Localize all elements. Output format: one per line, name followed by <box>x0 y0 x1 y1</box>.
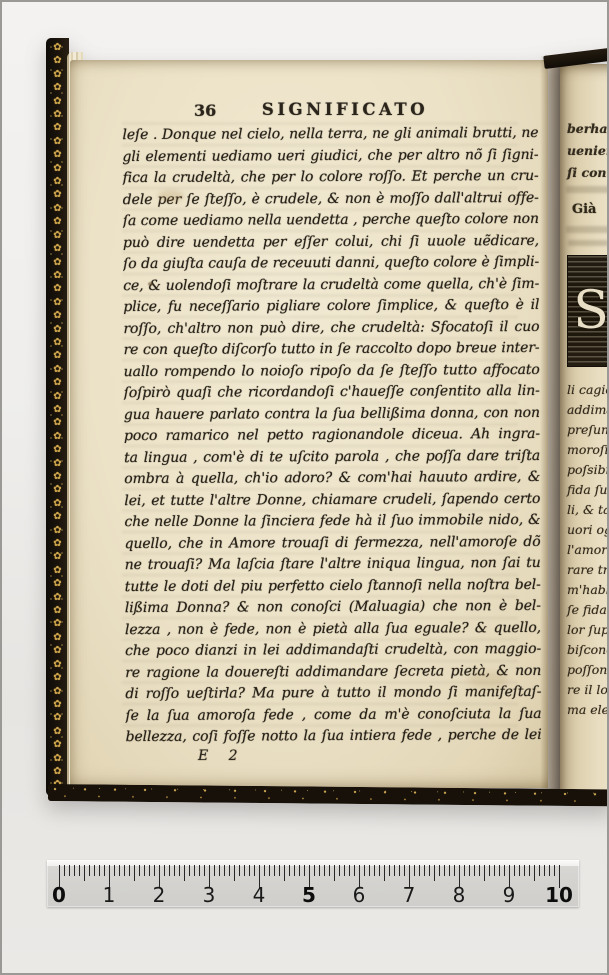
ruler-tick <box>194 865 195 876</box>
woodcut-initial-letter: S <box>573 285 609 337</box>
photo-background: ✿✿✿✿✿✿✿✿✿✿✿✿✿✿✿✿✿✿✿✿✿✿✿✿✿✿✿✿✿✿✿✿✿✿✿✿✿✿✿✿… <box>0 0 609 975</box>
ruler-tick <box>199 865 200 876</box>
ruler-tick <box>299 865 300 876</box>
text-line: re con queſto diſcorſo tutto in ſe racco… <box>123 338 539 362</box>
ruler-tick <box>294 865 295 876</box>
ruler-tick <box>539 865 540 876</box>
text-fragment: m'habbiam <box>567 580 609 600</box>
gilt-ornament-icon: ✿ <box>53 323 61 336</box>
gilt-ornament-icon: ✿ <box>53 363 61 376</box>
ruler-tick <box>119 865 120 876</box>
ruler-tick <box>319 865 320 876</box>
show-through-smudge <box>566 186 609 193</box>
gilt-ornament-icon: ✿ <box>53 685 61 698</box>
ruler-tick <box>429 865 430 876</box>
ruler-tick <box>394 865 395 876</box>
ruler-tick <box>384 865 385 881</box>
text-fragment: poſsibile, c <box>567 460 609 480</box>
text-line: bellezza, coſi foſſe notto la ſua intier… <box>126 725 542 749</box>
text-line: ta lingua , com'è di te uſcito parola , … <box>124 445 540 469</box>
ruler-tick <box>174 865 175 876</box>
ruler-tick <box>114 865 115 876</box>
ruler-tick <box>274 865 275 876</box>
ruler-tick <box>329 865 330 876</box>
gilt-ornament-icon: ✿ <box>53 282 61 295</box>
ruler-tick <box>469 865 470 876</box>
ruler-tick <box>239 865 240 876</box>
ruler-tick <box>139 865 140 876</box>
ruler-number-label: 7 <box>387 883 431 907</box>
gilt-ornament-icon: ✿ <box>53 148 61 161</box>
ruler-number-label: 3 <box>187 883 231 907</box>
ruler-tick <box>324 865 325 876</box>
ruler-tick <box>144 865 145 876</box>
text-line: lei, et tutte l'altre Donne, chiamare cr… <box>124 488 540 512</box>
ruler-tick <box>104 865 105 876</box>
gilt-ornament-icon: ✿ <box>53 242 61 255</box>
text-fragment: lor ſuperbi <box>567 620 609 640</box>
ruler-number-label: 5 <box>287 883 331 907</box>
ruler-tick <box>519 865 520 876</box>
gilt-ornament-icon: ✿ <box>53 215 61 228</box>
ruler-tick <box>529 865 530 876</box>
text-fragment: addimãdia <box>567 400 609 420</box>
show-through-smudge <box>568 240 608 246</box>
right-page-top-fragments: berhato &uenienti, edſi conuiene <box>567 118 609 184</box>
ruler-tick <box>389 865 390 876</box>
gilt-ornament-icon: ✿ <box>53 81 61 94</box>
ruler-tick <box>484 865 485 881</box>
gilt-ornament-icon: ✿ <box>53 550 61 563</box>
gilt-ornament-icon: ✿ <box>53 698 61 711</box>
ruler-tick <box>454 865 455 876</box>
text-line: di roſſo ueſtirla? Ma pure à tutto il mo… <box>125 682 541 706</box>
text-fragment: poſſono l'a <box>567 660 609 680</box>
left-page: 36 SIGNIFICATO leſe . Donque nel cielo, … <box>70 60 548 788</box>
gilt-ornament-icon: ✿ <box>53 269 61 282</box>
ruler-number-label: 0 <box>37 883 81 907</box>
ruler-numbers: 012345678910 <box>59 883 564 905</box>
keyword-fragment: Già <box>572 202 596 217</box>
gilt-ornament-icon: ✿ <box>53 202 61 215</box>
ruler-tick <box>69 865 70 876</box>
gilt-ornament-icon: ✿ <box>53 644 61 657</box>
gilt-ornament-icon: ✿ <box>53 41 61 54</box>
ruler-number-label: 8 <box>437 883 481 907</box>
ruler-tick <box>224 865 225 876</box>
text-line: gua hauere parlato contra la ſua bellißi… <box>124 402 540 426</box>
ruler-tick <box>404 865 405 876</box>
gilt-ornament-icon: ✿ <box>53 390 61 403</box>
gilt-ornament-icon: ✿ <box>53 68 61 81</box>
ruler-tick <box>254 865 255 876</box>
ruler-number-label: 6 <box>337 883 381 907</box>
text-line: lißima Donna? & non conoſci (Maluagia) c… <box>125 596 541 620</box>
text-line: re ragione la douereſti addimandare ſecr… <box>125 660 541 684</box>
text-line: quello, che in Amore trouaſi di fermezza… <box>125 531 541 555</box>
text-line: ſa come uediamo nella uendetta , perche … <box>123 209 539 233</box>
text-fragment: ſe fidandoſi <box>567 600 609 620</box>
ruler-tick <box>354 865 355 876</box>
ruler-tick <box>534 865 535 881</box>
gilt-ornament-icon: ✿ <box>53 671 61 684</box>
text-fragment: rare tra ui <box>567 560 609 580</box>
gilt-ornament-icon: ✿ <box>53 752 61 765</box>
ruler-tick <box>134 865 135 881</box>
text-fragment: ma eleuati <box>567 700 609 720</box>
ruler-tick <box>74 865 75 876</box>
text-line: ne trouaſi? Ma laſcia ſtare l'altre iniq… <box>125 553 541 577</box>
gilt-ornament-icon: ✿ <box>53 510 61 523</box>
ruler-number-label: 9 <box>487 883 531 907</box>
gilt-ornament-icon: ✿ <box>53 162 61 175</box>
ruler-tick <box>244 865 245 876</box>
text-line: fica la crudeltà, che per lo colore roſſ… <box>123 166 539 190</box>
ruler-number-label: 2 <box>137 883 181 907</box>
ruler-tick <box>524 865 525 876</box>
text-fragment: preſume , <box>567 420 609 440</box>
ruler-tick <box>444 865 445 876</box>
ruler-tick <box>434 865 435 881</box>
ruler-tick <box>149 865 150 876</box>
gilt-ornament-icon: ✿ <box>53 256 61 269</box>
ruler-tick <box>544 865 545 876</box>
ruler-tick <box>129 865 130 876</box>
ruler-tick <box>514 865 515 876</box>
ruler-number-label: 10 <box>537 883 581 907</box>
ruler-tick <box>89 865 90 876</box>
text-fragment: re il loro p <box>567 680 609 700</box>
folio-number: 36 <box>194 101 216 120</box>
text-fragment: uenienti, ed <box>567 140 609 162</box>
text-line: ce, & uolendoſi moſtrare la crudeltà com… <box>123 273 539 297</box>
ruler-tick <box>84 865 85 881</box>
ruler-tick <box>374 865 375 876</box>
ruler-tick <box>229 865 230 876</box>
ruler-tick <box>124 865 125 876</box>
gilt-ornament-icon: ✿ <box>53 135 61 148</box>
gilt-ornament-icon: ✿ <box>53 524 61 537</box>
gilt-ornament-icon: ✿ <box>53 54 61 67</box>
ruler-tick <box>279 865 280 876</box>
gilt-ornament-icon: ✿ <box>53 497 61 510</box>
gilt-ornament-icon: ✿ <box>53 403 61 416</box>
ruler-tick <box>339 865 340 876</box>
ruler-tick <box>169 865 170 876</box>
ruler-tick <box>189 865 190 876</box>
ruler-tick <box>289 865 290 876</box>
ruler-tick <box>164 865 165 876</box>
text-line: leſe . Donque nel cielo, nella terra, ne… <box>122 123 538 147</box>
text-fragment: li cagione <box>567 380 609 400</box>
running-header: SIGNIFICATO <box>220 100 470 119</box>
book: ✿✿✿✿✿✿✿✿✿✿✿✿✿✿✿✿✿✿✿✿✿✿✿✿✿✿✿✿✿✿✿✿✿✿✿✿✿✿✿✿… <box>46 38 609 802</box>
show-through-smudge <box>566 226 609 233</box>
text-fragment: uori ogni <box>567 520 609 540</box>
ruler-tick <box>344 865 345 876</box>
gilt-ornament-icon: ✿ <box>53 376 61 389</box>
woodcut-initial: S <box>568 256 609 366</box>
text-line: roſſo, ch'altro non può dire, che crudel… <box>123 316 539 340</box>
text-line: tutte le doti del piu perfetto cielo ſta… <box>125 574 541 598</box>
gilt-ornament-icon: ✿ <box>53 349 61 362</box>
ruler-tick <box>449 865 450 876</box>
gilt-ornament-icon: ✿ <box>53 229 61 242</box>
ruler-tick <box>479 865 480 876</box>
text-fragment: l'amor'è di <box>567 540 609 560</box>
gilt-ornament-icon: ✿ <box>53 564 61 577</box>
ruler-tick <box>399 865 400 876</box>
text-line: che poco dianzi in lei addimandaſti crud… <box>125 639 541 663</box>
text-fragment: berhato & <box>567 118 609 140</box>
gilt-ornament-icon: ✿ <box>53 617 61 630</box>
text-line: plice, fu neceſſario pigliare colore ſim… <box>123 295 539 319</box>
text-fragment: fida ſuoi d <box>567 480 609 500</box>
gilt-ornament-icon: ✿ <box>53 430 61 443</box>
gilt-ornament-icon: ✿ <box>53 95 61 108</box>
ruler-tick <box>154 865 155 876</box>
ruler-tick <box>304 865 305 876</box>
text-line: ſo da giuſta cauſa de receuuti danni, qu… <box>123 252 539 276</box>
gilt-ornament-icon: ✿ <box>53 188 61 201</box>
ruler-tick <box>504 865 505 876</box>
ruler-tick <box>219 865 220 876</box>
text-line: ſe la ſua amoroſa fede , come da m'è con… <box>125 703 541 727</box>
gilt-ornament-icon: ✿ <box>53 577 61 590</box>
ruler-tick <box>419 865 420 876</box>
text-line: può dire uendetta per eſſer colui, chi ſ… <box>123 230 539 254</box>
right-page: berhato &uenienti, edſi conuiene Già S l… <box>560 64 609 800</box>
ruler-tick <box>439 865 440 876</box>
gilt-ornament-icon: ✿ <box>53 416 61 429</box>
ruler-tick <box>349 865 350 876</box>
ruler-tick <box>369 865 370 876</box>
ruler-tick <box>184 865 185 881</box>
gilt-ornament-icon: ✿ <box>53 108 61 121</box>
ruler-tick <box>554 865 555 876</box>
text-block: leſe . Donque nel cielo, nella terra, ne… <box>122 123 541 749</box>
right-page-bottom-fragments: li cagioneaddimãdiapreſume ,moroſi, &poſ… <box>567 380 609 720</box>
ruler-tick <box>234 865 235 881</box>
ruler-tick <box>204 865 205 876</box>
text-line: dele per ſe ſteſſo, è crudele, & non è m… <box>123 187 539 211</box>
text-line: ſoſpirò quaſi che ricordandoſi c'haueſſe… <box>124 381 540 405</box>
text-fragment: biſcono , d <box>567 640 609 660</box>
gilt-ornament-icon: ✿ <box>53 336 61 349</box>
text-fragment: ſi conuiene <box>567 162 609 184</box>
ruler-tick <box>264 865 265 876</box>
ruler-tick <box>214 865 215 876</box>
gilt-ornament-icon: ✿ <box>53 738 61 751</box>
ruler-tick <box>314 865 315 876</box>
text-fragment: li, & tanto <box>567 500 609 520</box>
text-fragment: moroſi, & <box>567 440 609 460</box>
text-line: ombra à quella, ch'io adoro? & com'hai h… <box>124 467 540 491</box>
gilt-ornament-icon: ✿ <box>53 631 61 644</box>
ruler-tick <box>269 865 270 876</box>
text-line: gli elementi uediamo ueri giudici, che p… <box>122 144 538 168</box>
gilt-ornament-icon: ✿ <box>53 309 61 322</box>
gilt-ornament-icon: ✿ <box>53 457 61 470</box>
text-line: uallo rompendo lo noioſo ripoſo da ſe ſt… <box>124 359 540 383</box>
gilt-ornament-icon: ✿ <box>53 443 61 456</box>
ruler-tick <box>364 865 365 876</box>
gilt-ornament-icon: ✿ <box>53 658 61 671</box>
ruler-tick <box>549 865 550 876</box>
ruler-tick <box>99 865 100 876</box>
gilt-ornament-icon: ✿ <box>53 296 61 309</box>
text-line: che nelle Donne la ſinciera fede hà il ſ… <box>124 510 540 534</box>
gilt-ornament-icon: ✿ <box>53 604 61 617</box>
spine-gilt-edge: ✿✿✿✿✿✿✿✿✿✿✿✿✿✿✿✿✿✿✿✿✿✿✿✿✿✿✿✿✿✿✿✿✿✿✿✿✿✿✿✿… <box>46 38 69 796</box>
gilt-ornament-icon: ✿ <box>53 470 61 483</box>
ruler-tick <box>249 865 250 876</box>
ruler-tick <box>179 865 180 876</box>
ruler-tick <box>79 865 80 876</box>
ruler-tick <box>379 865 380 876</box>
gilt-ornament-icon: ✿ <box>53 725 61 738</box>
gilt-ornament-icon: ✿ <box>53 537 61 550</box>
ruler-tick <box>414 865 415 876</box>
gilt-ornament-icon: ✿ <box>53 483 61 496</box>
gilt-ornament-icon: ✿ <box>53 175 61 188</box>
ruler-number-label: 4 <box>237 883 281 907</box>
ruler-tick <box>474 865 475 876</box>
ruler-tick <box>499 865 500 876</box>
ruler: 012345678910 <box>47 860 579 907</box>
ruler-tick <box>64 865 65 876</box>
text-line: poco ramarico nel petto ragionandole dic… <box>124 424 540 448</box>
ruler-tick <box>464 865 465 876</box>
ruler-tick <box>334 865 335 881</box>
gilt-ornament-icon: ✿ <box>53 121 61 134</box>
text-line: lezza , non è fede, non è pietà alla ſua… <box>125 617 541 641</box>
ruler-tick <box>284 865 285 881</box>
ruler-tick <box>94 865 95 876</box>
ruler-tick <box>494 865 495 876</box>
gilt-ornament-icon: ✿ <box>53 591 61 604</box>
ruler-number-label: 1 <box>87 883 131 907</box>
gilt-ornament-icon: ✿ <box>53 711 61 724</box>
gilt-ornament-icon: ✿ <box>53 765 61 778</box>
gutter-shadow <box>540 56 562 796</box>
ruler-tick <box>424 865 425 876</box>
signature-mark: E 2 <box>198 748 238 764</box>
ruler-tick <box>489 865 490 876</box>
